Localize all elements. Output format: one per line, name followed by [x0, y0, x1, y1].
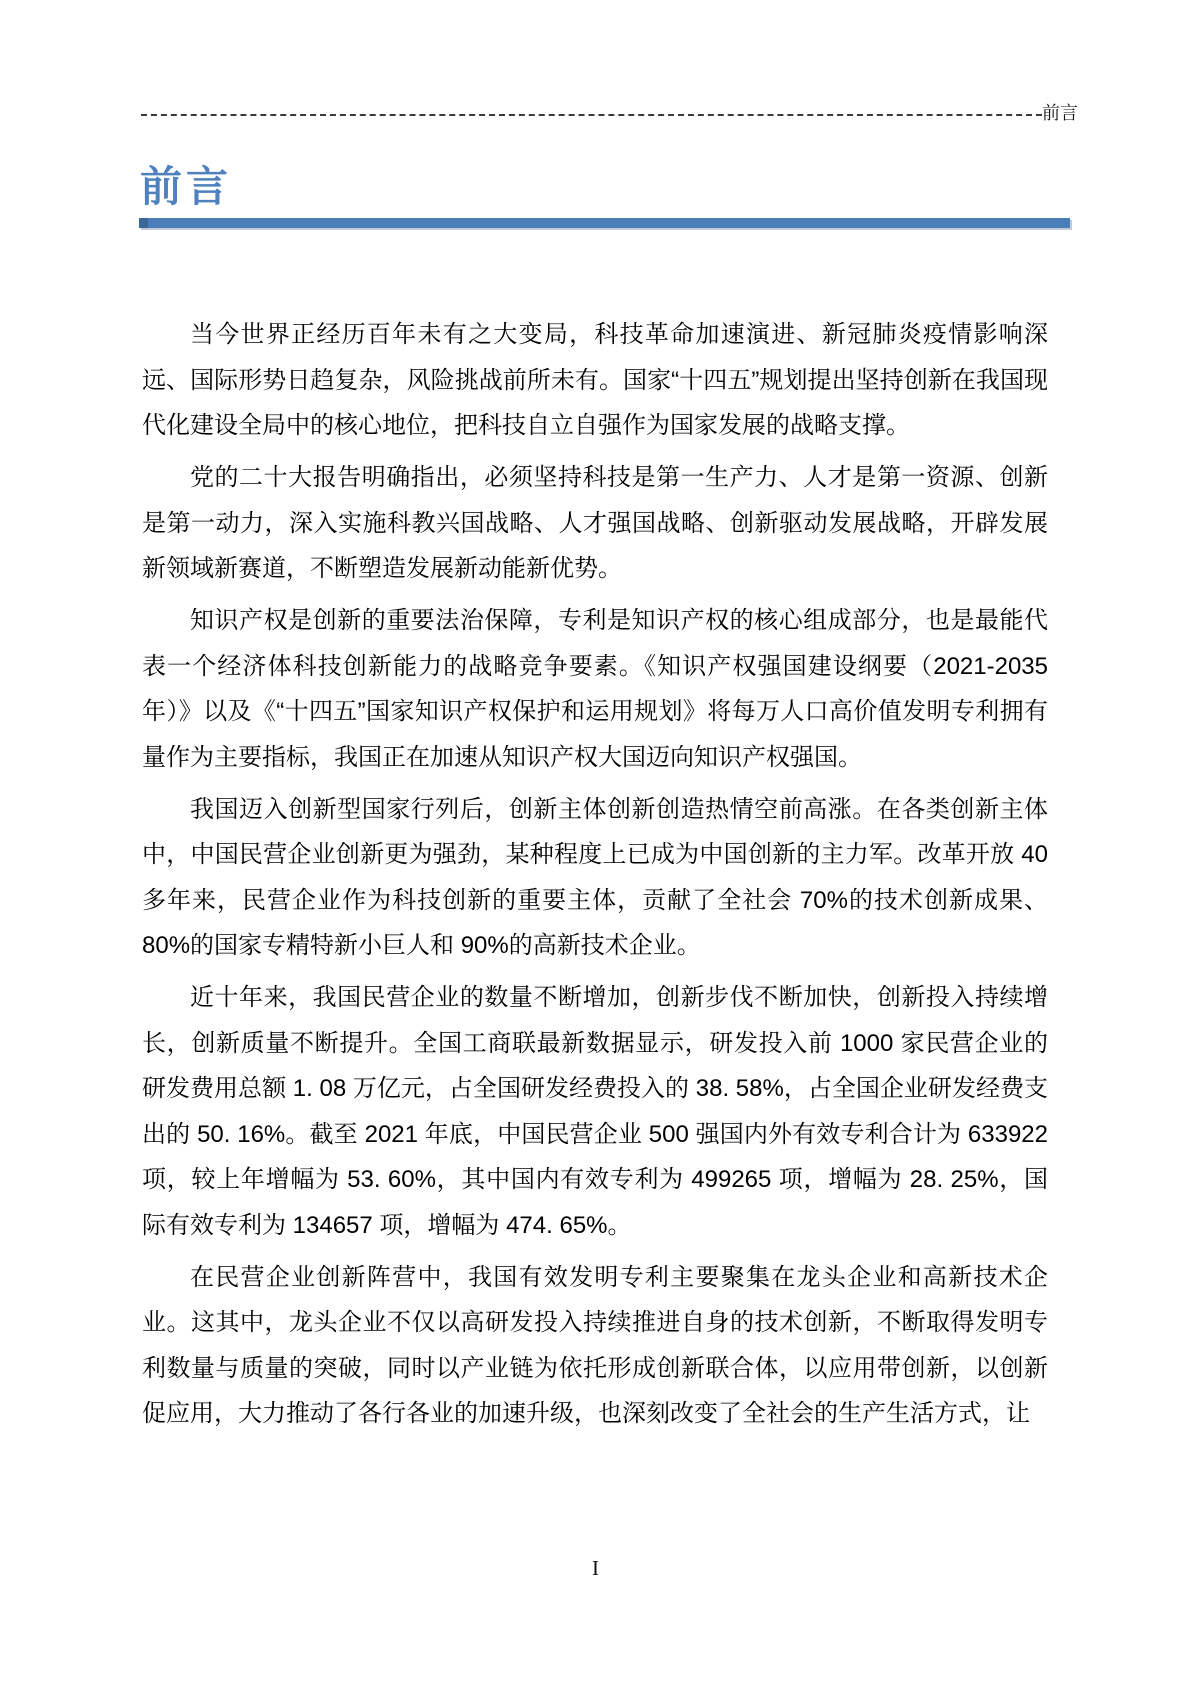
- body-paragraph: 近十年来，我国民营企业的数量不断增加，创新步伐不断加快，创新投入持续增长，创新质…: [142, 975, 1048, 1248]
- document-page: 前言 前言 当今世界正经历百年未有之大变局，科技革命加速演进、新冠肺炎疫情影响深…: [0, 0, 1191, 1684]
- body-text: 当今世界正经历百年未有之大变局，科技革命加速演进、新冠肺炎疫情影响深远、国际形势…: [142, 312, 1048, 1443]
- body-paragraph: 在民营企业创新阵营中，我国有效发明专利主要聚集在龙头企业和高新技术企业。这其中，…: [142, 1255, 1048, 1437]
- body-paragraph: 党的二十大报告明确指出，必须坚持科技是第一生产力、人才是第一资源、创新是第一动力…: [142, 455, 1048, 592]
- header-section-label: 前言: [1042, 102, 1078, 124]
- title-underline-rule: [139, 218, 1070, 228]
- body-paragraph: 当今世界正经历百年未有之大变局，科技革命加速演进、新冠肺炎疫情影响深远、国际形势…: [142, 312, 1048, 449]
- page-header: 前言: [141, 102, 1078, 124]
- header-dashed-rule: [141, 114, 1042, 116]
- body-paragraph: 知识产权是创新的重要法治保障，专利是知识产权的核心组成部分，也是最能代表一个经济…: [142, 598, 1048, 780]
- body-paragraph: 我国迈入创新型国家行列后，创新主体创新创造热情空前高涨。在各类创新主体中，中国民…: [142, 787, 1048, 969]
- page-title: 前言: [140, 162, 232, 212]
- page-number: I: [0, 1556, 1191, 1581]
